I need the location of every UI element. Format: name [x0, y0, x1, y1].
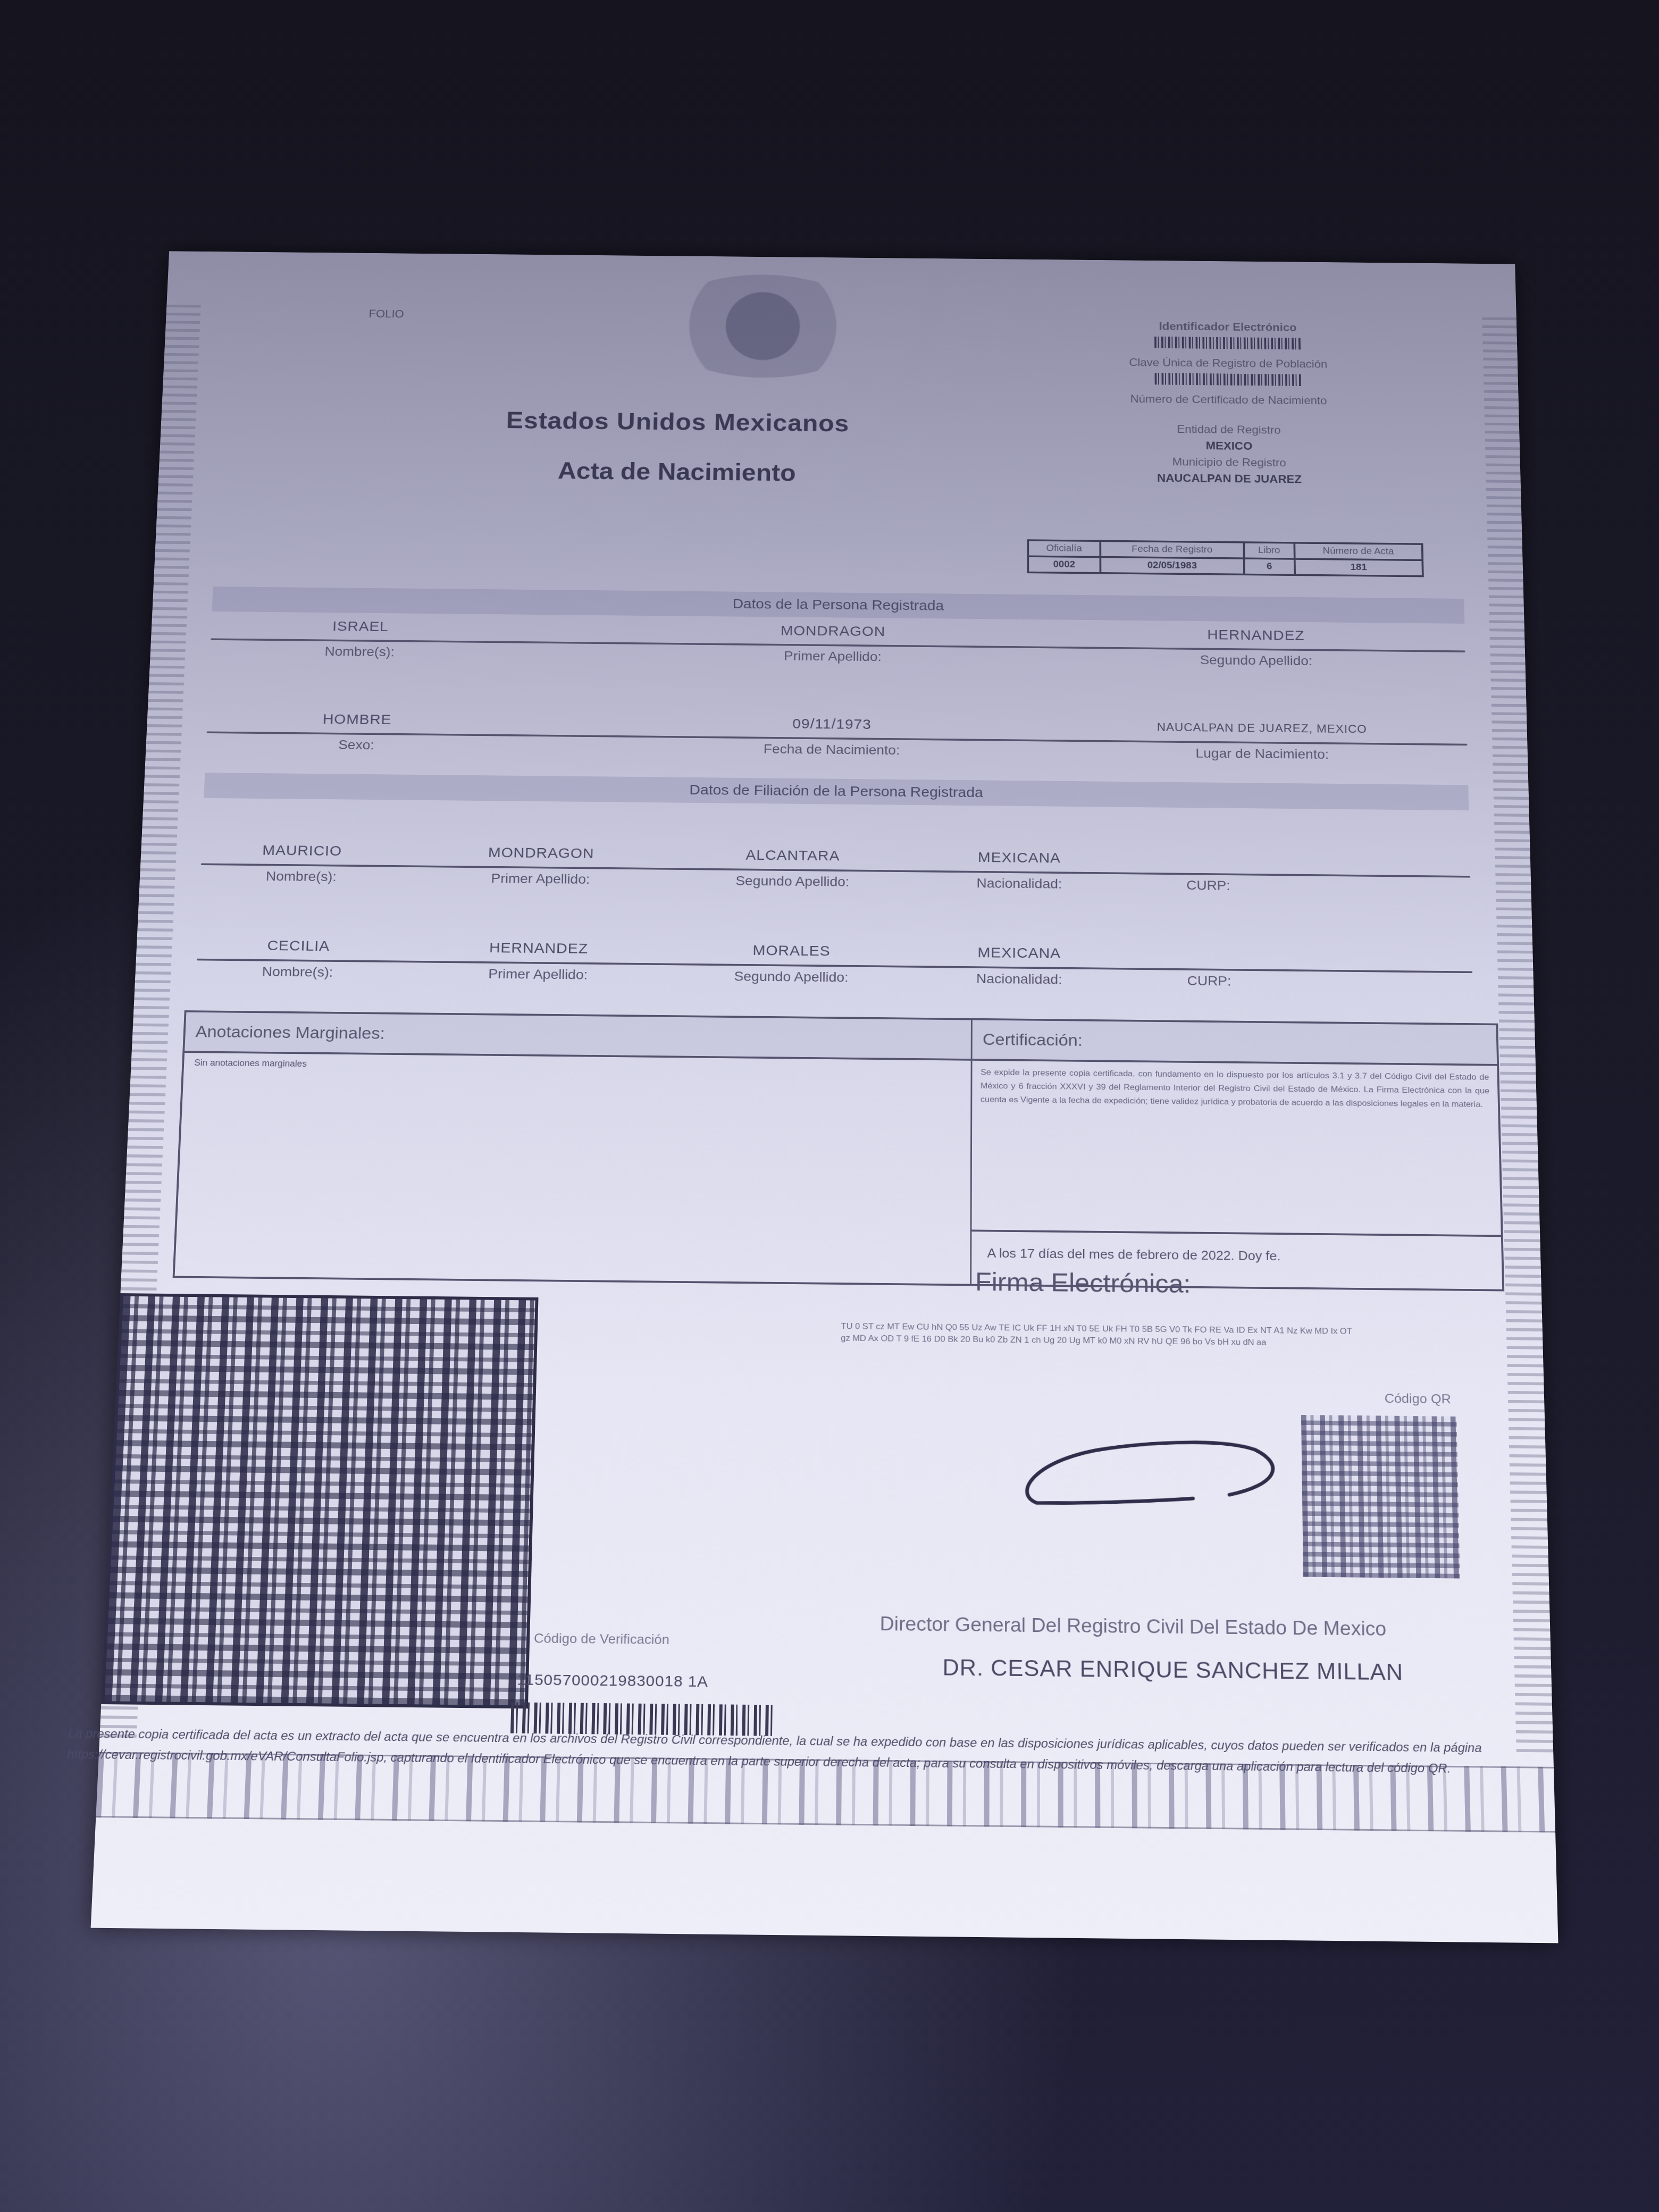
registered-fecha-field: 09/11/1973 Fecha de Nacimiento:: [707, 712, 957, 758]
parent-nacionalidad-field: MEXICANA Nacionalidad:: [931, 846, 1108, 892]
parent-nacionalidad-label: Nacionalidad:: [931, 875, 1108, 892]
parent-curp-field: CURP:: [1133, 943, 1285, 990]
parent-row: MAURICIO Nombre(s): MONDRAGON Primer Ape…: [202, 839, 1470, 851]
registered-segundo-apellido-value: HERNANDEZ: [1132, 623, 1380, 648]
parent-nacionalidad-value: MEXICANA: [931, 846, 1108, 870]
registered-person-birth-row: HOMBRE Sexo: 09/11/1973 Fecha de Nacimie…: [208, 707, 1467, 719]
municipio-value: NAUCALPAN DE JUAREZ: [1052, 469, 1407, 489]
parent-segundo-apellido-label: Segundo Apellido:: [677, 968, 905, 986]
parent-primer-apellido-field: HERNANDEZ Primer Apellido:: [424, 936, 652, 983]
registry-header: Oficialía: [1028, 540, 1100, 557]
identifier-barcode-icon: [1154, 337, 1302, 350]
parent-nacionalidad-field: MEXICANA Nacionalidad:: [931, 941, 1108, 988]
identificador-label: Identificador Electrónico: [1052, 317, 1404, 337]
registry-table: Oficialía Fecha de Registro Libro Número…: [1027, 539, 1423, 577]
electronic-signature-title: Firma Electrónica:: [975, 1267, 1191, 1299]
registry-header: Número de Acta: [1294, 543, 1422, 560]
registered-lugar-field: NAUCALPAN DE JUAREZ, MEXICO Lugar de Nac…: [1107, 716, 1418, 763]
document-title-block: Estados Unidos Mexicanos Acta de Nacimie…: [435, 406, 919, 488]
entidad-label: Entidad de Registro: [1052, 420, 1406, 440]
parent-segundo-apellido-value: MORALES: [677, 939, 906, 963]
parent-nombre-field: CECILIA Nombre(s):: [196, 934, 400, 981]
certification-panel: Certificación: Se expide la presente cop…: [971, 1020, 1502, 1289]
annotations-title: Anotaciones Marginales:: [185, 1012, 971, 1061]
document-type-title: Acta de Nacimiento: [435, 456, 919, 488]
parent-nombre-value: CECILIA: [197, 934, 400, 959]
parent-primer-apellido-field: MONDRAGON Primer Apellido:: [427, 841, 655, 887]
parent-curp-label: CURP:: [1133, 973, 1285, 990]
registry-oficialia: 0002: [1028, 556, 1100, 573]
registered-primer-apellido-value: MONDRAGON: [708, 619, 957, 643]
qr-code-label: Código QR: [1384, 1390, 1451, 1406]
parent-primer-apellido-label: Primer Apellido:: [424, 966, 652, 983]
parent-curp-value: [1133, 848, 1284, 872]
director-name: DR. CESAR ENRIQUE SANCHEZ MILLAN: [942, 1655, 1403, 1686]
annotations-panel: Anotaciones Marginales: Sin anotaciones …: [175, 1012, 973, 1284]
birth-certificate-paper: FOLIO Estados Unidos Mexicanos Acta de N…: [91, 251, 1559, 1943]
registered-segundo-apellido-field: HERNANDEZ Segundo Apellido:: [1132, 623, 1381, 669]
certification-title: Certificación:: [973, 1020, 1497, 1066]
parent-segundo-apellido-label: Segundo Apellido:: [679, 873, 906, 890]
parent-nombre-label: Nombre(s):: [196, 963, 399, 981]
registry-header: Fecha de Registro: [1100, 541, 1244, 558]
folio-block: FOLIO: [259, 306, 514, 323]
registry-header: Libro: [1244, 542, 1294, 559]
parent-segundo-apellido-field: MORALES Segundo Apellido:: [677, 939, 905, 986]
registered-primer-apellido-field: MONDRAGON Primer Apellido:: [708, 619, 958, 665]
country-title: Estados Unidos Mexicanos: [437, 406, 919, 438]
parent-primer-apellido-value: MONDRAGON: [428, 841, 655, 866]
parent-segundo-apellido-field: ALCANTARA Segundo Apellido:: [679, 843, 906, 890]
national-coat-of-arms-icon: [654, 274, 871, 379]
parent-curp-value: [1133, 943, 1285, 967]
certification-text: Se expide la presente copia certificada,…: [972, 1061, 1498, 1117]
parent-nacionalidad-value: MEXICANA: [931, 941, 1108, 966]
parent-segundo-apellido-value: ALCANTARA: [680, 843, 907, 868]
registry-acta: 181: [1294, 559, 1422, 576]
curp-label: Clave Única de Registro de Población: [1052, 354, 1405, 374]
registered-sexo-field: HOMBRE Sexo:: [256, 708, 457, 753]
registered-nombre-label: Nombre(s):: [259, 643, 459, 660]
registered-segundo-apellido-label: Segundo Apellido:: [1132, 652, 1381, 669]
registered-fecha-value: 09/11/1973: [707, 712, 957, 737]
parent-primer-apellido-value: HERNANDEZ: [424, 936, 652, 961]
registered-lugar-label: Lugar de Nacimiento:: [1107, 745, 1418, 763]
folio-label: FOLIO: [259, 306, 514, 323]
verification-code-label: Código de Verificación: [534, 1630, 670, 1648]
parent-nacionalidad-label: Nacionalidad:: [931, 970, 1108, 987]
registry-libro: 6: [1244, 558, 1294, 575]
parent-row: CECILIA Nombre(s): HERNANDEZ Primer Apel…: [198, 934, 1472, 946]
parent-primer-apellido-label: Primer Apellido:: [427, 870, 654, 888]
verification-qr-code-icon: [101, 1293, 538, 1708]
parent-curp-field: CURP:: [1133, 848, 1284, 894]
registered-sexo-label: Sexo:: [256, 736, 456, 753]
certificado-label: Número de Certificado de Nacimiento: [1052, 390, 1406, 410]
registered-nombre-field: ISRAEL Nombre(s):: [259, 615, 460, 660]
registered-lugar-value: NAUCALPAN DE JUAREZ, MEXICO: [1107, 716, 1418, 741]
registry-fecha: 02/05/1983: [1100, 557, 1244, 575]
parent-nombre-label: Nombre(s):: [200, 868, 402, 885]
small-qr-code-icon: [1301, 1415, 1460, 1579]
registered-nombre-value: ISRAEL: [261, 615, 460, 639]
parent-curp-label: CURP:: [1133, 877, 1284, 894]
filiation-section-title: Datos de Filiación de la Persona Registr…: [204, 773, 1469, 810]
verification-code-value: 115057000219830018 1A: [517, 1671, 708, 1691]
photo-background: FOLIO Estados Unidos Mexicanos Acta de N…: [0, 0, 1659, 2212]
registered-sexo-value: HOMBRE: [257, 708, 457, 732]
annotations-certification-box: Anotaciones Marginales: Sin anotaciones …: [173, 1010, 1505, 1291]
director-title: Director General Del Registro Civil Del …: [879, 1613, 1386, 1640]
identifier-block: Identificador Electrónico Clave Única de…: [1052, 317, 1407, 489]
registered-primer-apellido-label: Primer Apellido:: [708, 648, 958, 665]
registered-fecha-label: Fecha de Nacimiento:: [707, 741, 957, 758]
parent-nombre-value: MAURICIO: [201, 839, 403, 863]
electronic-signature-hash: TU 0 ST cz MT Ew CU hN Q0 55 Uz Aw TE IC…: [841, 1320, 1357, 1350]
curp-barcode-icon: [1155, 373, 1302, 386]
handwritten-signature-icon: [1006, 1427, 1297, 1516]
municipio-label: Municipio de Registro: [1052, 453, 1407, 473]
parent-nombre-field: MAURICIO Nombre(s):: [200, 839, 403, 885]
